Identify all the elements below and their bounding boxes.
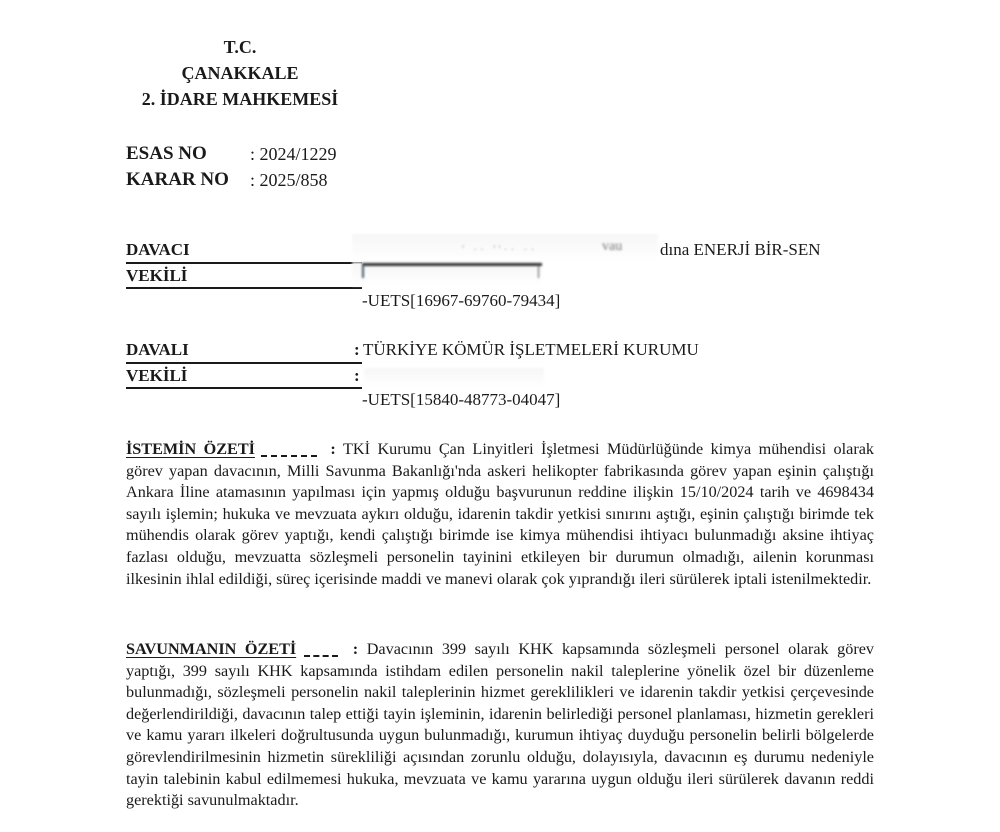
davali-value: TÜRKİYE KÖMÜR İŞLETMELERİ KURUMU	[363, 340, 699, 360]
davaci-underline	[126, 262, 362, 264]
davaci-vekili-uets: -UETS[16967-69760-79434]	[362, 291, 560, 311]
davaci-vekili-redaction	[352, 262, 542, 286]
istemin-ozeti-paragraph: İSTEMİN ÖZETİ : TKİ Kurumu Çan Linyitler…	[126, 439, 874, 590]
istemin-ozeti-label: İSTEMİN ÖZETİ	[126, 440, 255, 458]
esas-no-label: ESAS NO	[126, 143, 207, 165]
istemin-ozeti-text: TKİ Kurumu Çan Linyitleri İşletmesi Müdü…	[126, 440, 874, 588]
davaci-vekili-underline	[126, 287, 362, 289]
savunmanin-ozeti-colon: :	[353, 640, 358, 658]
davali-vekili-label: VEKİLİ	[126, 366, 187, 386]
header-city: ÇANAKKALE	[90, 63, 390, 84]
davaci-vekili-label: VEKİLİ	[126, 266, 187, 286]
davali-vekili-underline	[126, 387, 362, 389]
davali-colon: :	[354, 340, 360, 360]
karar-no-value: : 2025/858	[250, 170, 328, 191]
davali-vekili-uets: -UETS[15840-48773-04047]	[362, 390, 560, 410]
esas-no-value: : 2024/1229	[250, 144, 337, 165]
header-tc: T.C.	[90, 37, 390, 58]
savunmanin-ozeti-text: Davacının 399 sayılı KHK kapsamında sözl…	[126, 640, 874, 809]
header-court: 2. İDARE MAHKEMESİ	[90, 89, 390, 110]
savunmanin-ozeti-leader	[304, 655, 338, 657]
davaci-redaction: ' ·· ''·· ·· vau	[352, 234, 658, 260]
karar-no-label: KARAR NO	[126, 169, 229, 191]
davali-label: DAVALI	[126, 340, 189, 360]
davaci-label: DAVACI	[126, 240, 190, 260]
davali-underline	[126, 362, 362, 364]
istemin-ozeti-colon: :	[330, 440, 335, 458]
davali-vekili-colon: :	[354, 366, 360, 386]
davaci-value: dına ENERJİ BİR-SEN	[660, 240, 821, 260]
istemin-ozeti-leader	[261, 455, 317, 457]
savunmanin-ozeti-paragraph: SAVUNMANIN ÖZETİ : Davacının 399 sayılı …	[126, 639, 874, 812]
davali-vekili-redaction	[364, 368, 544, 386]
savunmanin-ozeti-label: SAVUNMANIN ÖZETİ	[126, 640, 296, 658]
